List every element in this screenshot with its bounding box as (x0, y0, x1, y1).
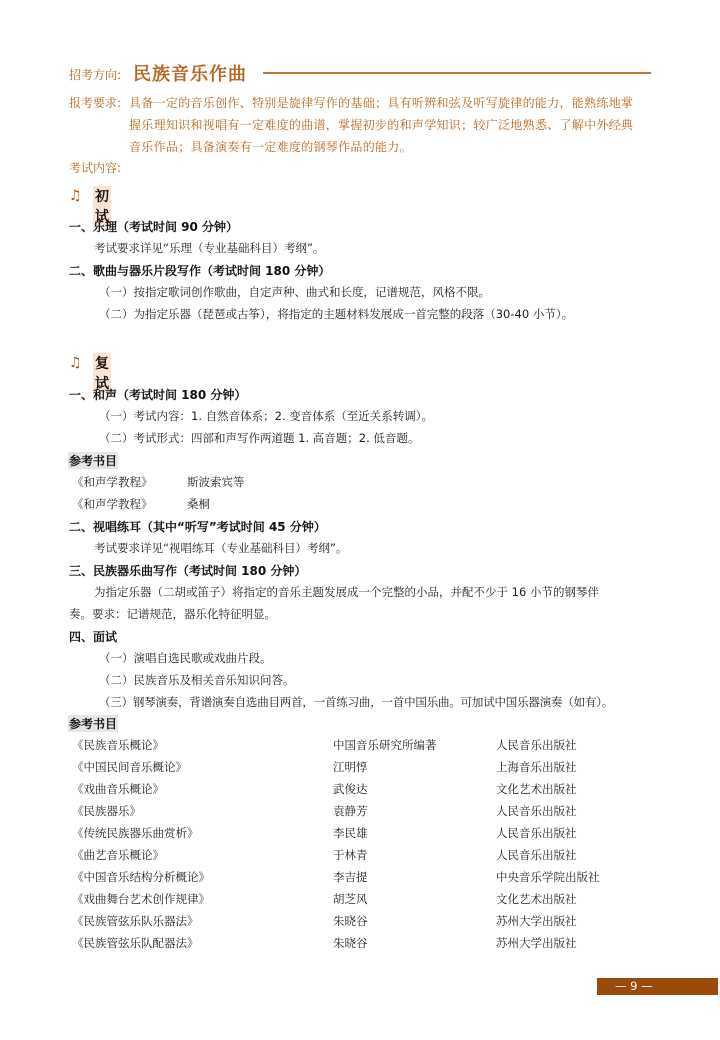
book-publisher: 文化艺术出版社 (496, 891, 577, 907)
book-title: 《民族音乐概论》 (72, 737, 164, 753)
item-heading: 三、民族器乐曲写作（考试时间 180 分钟） (69, 562, 306, 579)
item-text: （二）为指定乐器（琵琶或古筝），将指定的主题材料发展成一首完整的段落（30-40… (99, 306, 573, 322)
book-publisher: 中央音乐学院出版社 (496, 869, 600, 885)
book-title: 《中国音乐结构分析概论》 (72, 869, 210, 885)
book-publisher: 文化艺术出版社 (496, 781, 577, 797)
music-note-icon: ♫ (69, 355, 82, 371)
book-publisher: 人民音乐出版社 (496, 737, 577, 753)
item-text: （一）演唱自选民歌或戏曲片段。 (99, 650, 272, 666)
book-title: 《和声学教程》 (72, 496, 153, 512)
book-title: 《民族管弦乐队乐器法》 (72, 913, 199, 929)
book-publisher: 苏州大学出版社 (496, 935, 577, 951)
book-title: 《民族器乐》 (72, 803, 141, 819)
header-divider (263, 72, 651, 74)
book-author: 朱晓谷 (333, 935, 368, 951)
book-title: 《和声学教程》 (72, 474, 153, 490)
book-publisher: 苏州大学出版社 (496, 913, 577, 929)
book-author: 中国音乐研究所编著 (333, 737, 437, 753)
book-title: 《戏曲舞台艺术创作规律》 (72, 891, 210, 907)
direction-title: 民族音乐作曲 (133, 60, 247, 86)
book-title: 《中国民间音乐概论》 (72, 759, 187, 775)
item-text: （一）按指定歌词创作歌曲，自定声种、曲式和长度，记谱规范，风格不限。 (99, 284, 490, 300)
requirements-line: 音乐作品；具备演奏有一定难度的钢琴作品的能力。 (129, 138, 412, 155)
item-text: 为指定乐器（二胡或笛子）将指定的音乐主题发展成一个完整的小品，并配不少于 16 … (94, 584, 599, 600)
book-publisher: 人民音乐出版社 (496, 803, 577, 819)
book-author: 李民雄 (333, 825, 368, 841)
item-text: 考试要求详见“乐理（专业基础科目）考纲”。 (94, 240, 324, 256)
book-author: 桑桐 (187, 496, 210, 512)
requirements-line: 握乐理知识和视唱有一定难度的曲谱，掌握初步的和声学知识；较广泛地熟悉、了解中外经… (129, 116, 633, 133)
book-title: 《传统民族器乐曲赏析》 (72, 825, 199, 841)
book-author: 武俊达 (333, 781, 368, 797)
book-author: 江明惇 (333, 759, 368, 775)
book-author: 朱晓谷 (333, 913, 368, 929)
book-author: 胡芝风 (333, 891, 368, 907)
reference-books-label: 参考书目 (68, 715, 118, 732)
book-publisher: 上海音乐出版社 (496, 759, 577, 775)
book-author: 袁静芳 (333, 803, 368, 819)
item-text: （二）考试形式：四部和声写作两道题 1. 高音题；2. 低音题。 (99, 430, 419, 446)
document-page: 招考方向: 民族音乐作曲 报考要求: 具备一定的音乐创作、特别是旋律写作的基础；… (0, 0, 720, 1040)
book-title: 《戏曲音乐概论》 (72, 781, 164, 797)
book-title: 《民族管弦乐队配器法》 (72, 935, 199, 951)
item-text: 奏。要求：记谱规范，器乐化特征明显。 (69, 606, 276, 622)
item-text: （三）钢琴演奏，背谱演奏自选曲目两首，一首练习曲，一首中国乐曲。可加试中国乐器演… (99, 694, 613, 710)
book-author: 于林青 (333, 847, 368, 863)
page-number: — 9 — (615, 979, 653, 993)
item-heading: 一、乐理（考试时间 90 分钟） (69, 218, 238, 235)
requirements-line: 具备一定的音乐创作、特别是旋律写作的基础；具有听辨和弦及听写旋律的能力，能熟练地… (129, 94, 633, 111)
direction-label: 招考方向: (69, 66, 121, 83)
reference-books-label: 参考书目 (68, 452, 118, 469)
book-title: 《曲艺音乐概论》 (72, 847, 164, 863)
item-text: （二）民族音乐及相关音乐知识问答。 (99, 672, 295, 688)
item-heading: 四、面试 (69, 628, 117, 645)
item-heading: 二、视唱练耳（其中“听写”考试时间 45 分钟） (69, 518, 326, 535)
item-text: （一）考试内容：1. 自然音体系；2. 变音体系（至近关系转调）。 (99, 408, 433, 424)
item-heading: 二、歌曲与器乐片段写作（考试时间 180 分钟） (69, 262, 330, 279)
item-text: 考试要求详见“视唱练耳（专业基础科目）考纲”。 (94, 540, 347, 556)
exam-content-label: 考试内容: (69, 159, 121, 176)
book-author: 斯波索宾等 (187, 474, 245, 490)
music-note-icon: ♫ (69, 188, 82, 204)
book-author: 李吉提 (333, 869, 368, 885)
direction-header: 招考方向: 民族音乐作曲 (69, 60, 659, 86)
book-publisher: 人民音乐出版社 (496, 825, 577, 841)
page-number-bar: — 9 — (597, 978, 718, 995)
book-publisher: 人民音乐出版社 (496, 847, 577, 863)
item-heading: 一、和声（考试时间 180 分钟） (69, 386, 246, 403)
requirements-label: 报考要求: (69, 94, 121, 111)
